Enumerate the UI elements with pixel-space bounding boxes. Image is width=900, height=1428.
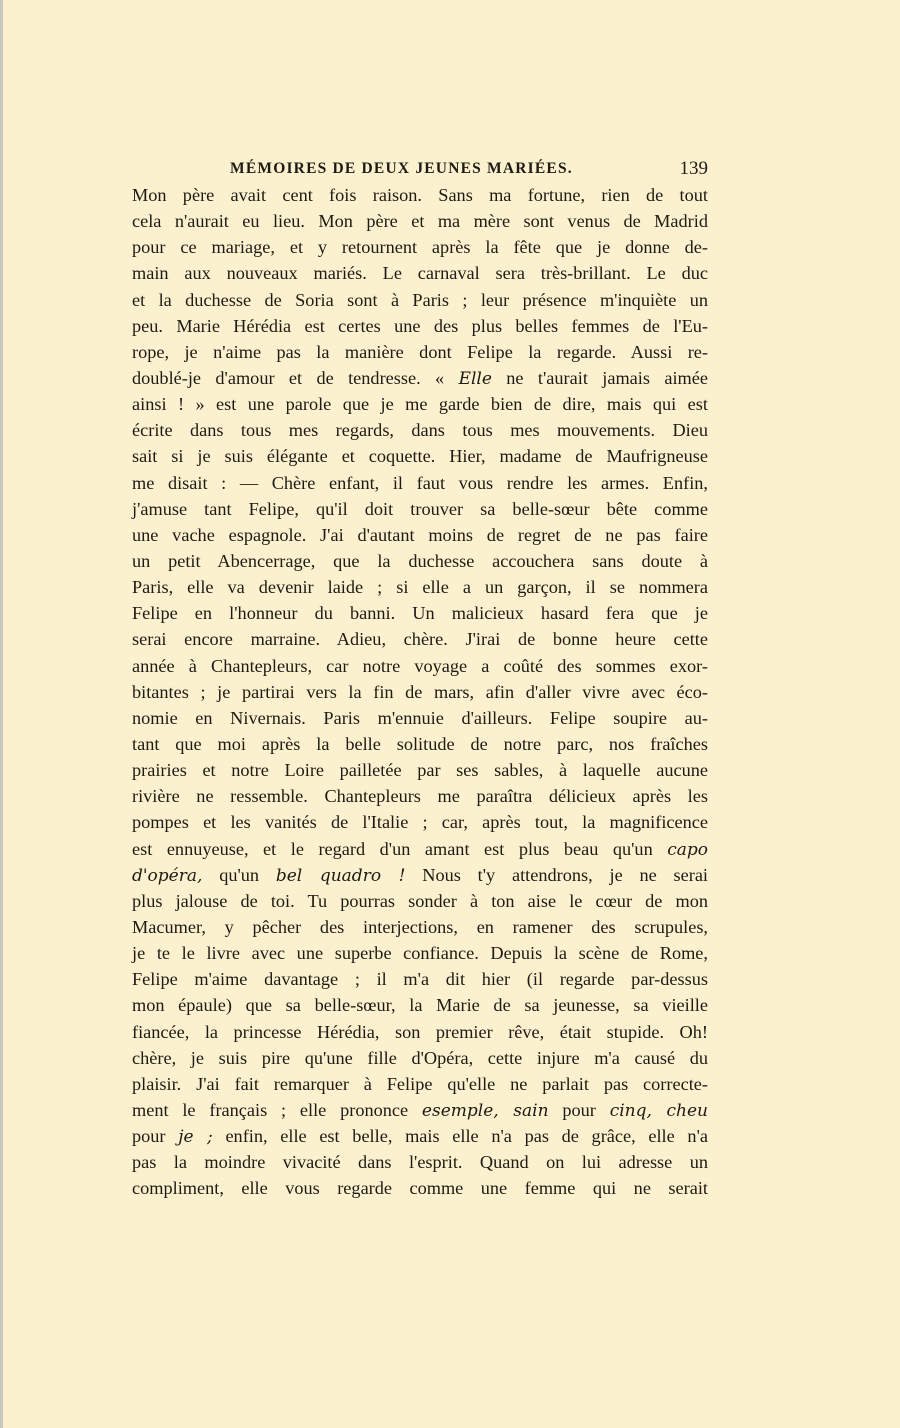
text-line: me disait : — Chère enfant, il faut vous…	[132, 470, 708, 496]
page-number: 139	[680, 156, 709, 182]
text-line: est ennuyeuse, et le regard d'un amant e…	[132, 836, 708, 862]
text-segment: ment le français ; elle prononce	[132, 1100, 422, 1120]
text-line: année à Chantepleurs, car notre voyage a…	[132, 653, 708, 679]
italic-emphasis: cinq, cheu	[610, 1101, 708, 1121]
text-line: et la duchesse de Soria sont à Paris ; l…	[132, 287, 708, 313]
text-line: un petit Abencerrage, que la duchesse ac…	[132, 548, 708, 574]
text-line: tant que moi après la belle solitude de …	[132, 731, 708, 757]
italic-emphasis: d'opéra,	[132, 866, 202, 886]
text-line: serai encore marraine. Adieu, chère. J'i…	[132, 626, 708, 652]
text-line: pour je ; enfin, elle est belle, mais el…	[132, 1123, 708, 1149]
text-line: Mon père avait cent fois raison. Sans ma…	[132, 182, 708, 208]
text-segment: qu'un	[202, 865, 275, 885]
italic-emphasis: capo	[667, 840, 708, 860]
text-line: rivière ne ressemble. Chantepleurs me pa…	[132, 783, 708, 809]
text-segment: pour	[549, 1100, 610, 1120]
scan-edge	[0, 0, 3, 1428]
italic-emphasis: bel quadro !	[276, 866, 406, 886]
text-segment: enfin, elle est belle, mais elle n'a pas…	[213, 1126, 708, 1146]
text-line: d'opéra, qu'un bel quadro ! Nous t'y att…	[132, 862, 708, 888]
text-line: Felipe en l'honneur du banni. Un malicie…	[132, 600, 708, 626]
text-line: nomie en Nivernais. Paris m'ennuie d'ail…	[132, 705, 708, 731]
text-line: ainsi ! » est une parole que je me garde…	[132, 391, 708, 417]
text-line: peu. Marie Hérédia est certes une des pl…	[132, 313, 708, 339]
text-line: pompes et les vanités de l'Italie ; car,…	[132, 809, 708, 835]
text-segment: doublé-je d'amour et de tendresse. «	[132, 368, 459, 388]
text-line: rope, je n'aime pas la manière dont Feli…	[132, 339, 708, 365]
text-line: je te le livre avec une superbe confianc…	[132, 940, 708, 966]
text-line: bitantes ; je partirai vers la fin de ma…	[132, 679, 708, 705]
text-line: ment le français ; elle prononce esemple…	[132, 1097, 708, 1123]
text-line: chère, je suis pire qu'une fille d'Opéra…	[132, 1045, 708, 1071]
text-segment: pour	[132, 1126, 178, 1146]
text-line: pas la moindre vivacité dans l'esprit. Q…	[132, 1149, 708, 1175]
italic-emphasis: Elle	[459, 369, 492, 389]
text-line: plaisir. J'ai fait remarquer à Felipe qu…	[132, 1071, 708, 1097]
text-line: Felipe m'aime davantage ; il m'a dit hie…	[132, 966, 708, 992]
text-line: cela n'aurait eu lieu. Mon père et ma mè…	[132, 208, 708, 234]
text-line: pour ce mariage, et y retournent après l…	[132, 234, 708, 260]
text-line: compliment, elle vous regarde comme une …	[132, 1175, 708, 1201]
italic-emphasis: esemple, sain	[422, 1101, 549, 1121]
text-line: plus jalouse de toi. Tu pourras sonder à…	[132, 888, 708, 914]
text-line: sait si je suis élégante et coquette. Hi…	[132, 443, 708, 469]
text-line: j'amuse tant Felipe, qu'il doit trouver …	[132, 496, 708, 522]
text-line: Macumer, y pêcher des interjections, en …	[132, 914, 708, 940]
running-head: Mémoires de deux jeunes mariées. 139	[132, 156, 708, 182]
text-line: mon épaule) que sa belle-sœur, la Marie …	[132, 992, 708, 1018]
text-line: une vache espagnole. J'ai d'autant moins…	[132, 522, 708, 548]
text-line: prairies et notre Loire pailletée par se…	[132, 757, 708, 783]
text-line: main aux nouveaux mariés. Le carnaval se…	[132, 260, 708, 286]
text-line: doublé-je d'amour et de tendresse. « Ell…	[132, 365, 708, 391]
text-segment: Nous t'y attendrons, je ne serai	[406, 865, 709, 885]
book-page: Mémoires de deux jeunes mariées. 139 Mon…	[132, 156, 708, 1201]
running-title: Mémoires de deux jeunes mariées.	[230, 156, 573, 182]
text-line: Paris, elle va devenir laide ; si elle a…	[132, 574, 708, 600]
italic-emphasis: je ;	[178, 1127, 213, 1147]
text-segment: ne t'aurait jamais aimée	[492, 368, 708, 388]
body-text: Mon père avait cent fois raison. Sans ma…	[132, 182, 708, 1201]
text-line: écrite dans tous mes regards, dans tous …	[132, 417, 708, 443]
text-segment: est ennuyeuse, et le regard d'un amant e…	[132, 839, 667, 859]
text-line: fiancée, la princesse Hérédia, son premi…	[132, 1019, 708, 1045]
